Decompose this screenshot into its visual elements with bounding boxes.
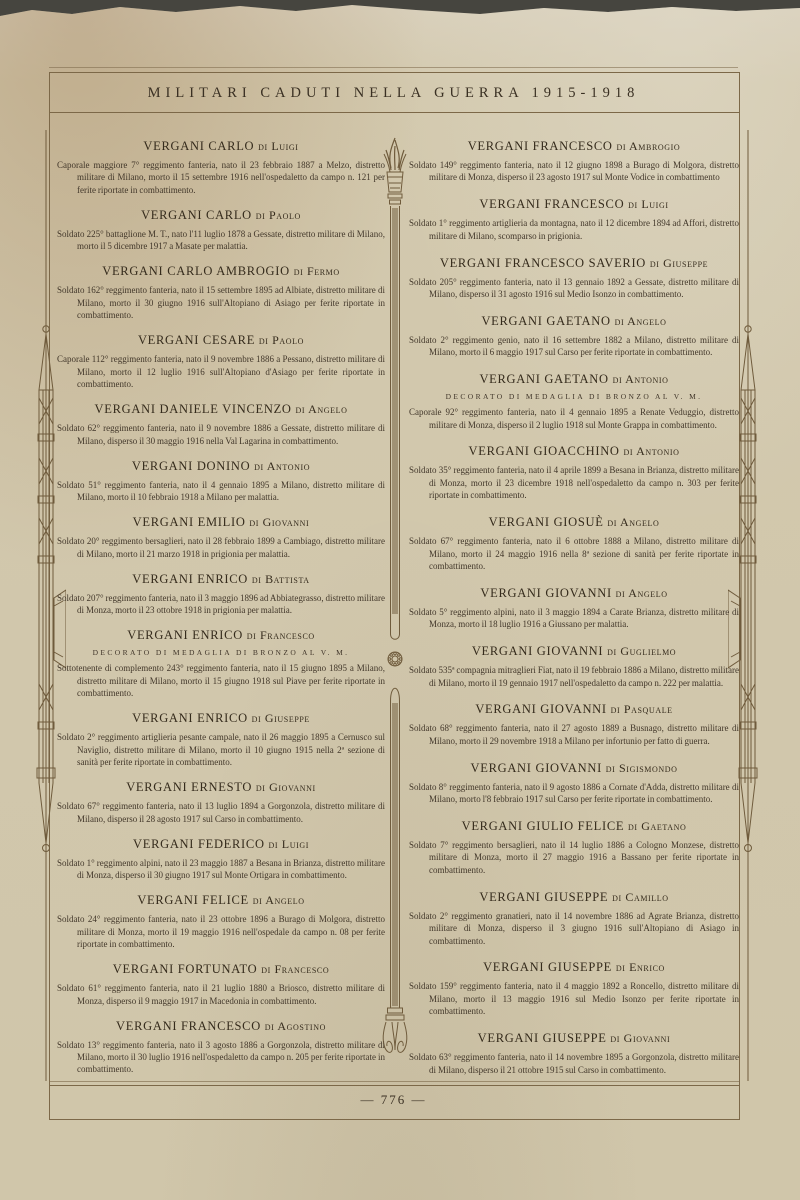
soldier-entry: VERGANI FRANCESCO di AmbrogioSoldato 149…	[409, 139, 739, 184]
soldier-entry: VERGANI CARLO AMBROGIO di FermoSoldato 1…	[57, 264, 385, 321]
soldier-entry: VERGANI FRANCESCO di AgostinoSoldato 13°…	[57, 1019, 385, 1076]
soldier-surname-forename: VERGANI CARLO	[141, 208, 256, 222]
soldier-name-heading: VERGANI CESARE di Paolo	[57, 333, 385, 348]
soldier-surname-forename: VERGANI CARLO	[143, 139, 258, 153]
soldier-name-heading: VERGANI GIUSEPPE di Giovanni	[409, 1031, 739, 1046]
patronymic-di: di	[294, 264, 307, 278]
patronymic-father-name: Luigi	[641, 197, 668, 211]
soldier-name-heading: VERGANI GIOVANNI di Guglielmo	[409, 644, 739, 659]
soldier-entry: VERGANI FELICE di AngeloSoldato 24° regg…	[57, 893, 385, 950]
soldier-entry: VERGANI DANIELE VINCENZO di AngeloSoldat…	[57, 402, 385, 447]
patronymic-di: di	[607, 515, 620, 529]
soldier-entry: VERGANI DONINO di AntonioSoldato 51° reg…	[57, 459, 385, 504]
soldier-surname-forename: VERGANI GIOSUÈ	[489, 515, 608, 529]
patronymic-father-name: Angelo	[628, 586, 667, 600]
soldier-record-text: Caporale 92° reggimento fanteria, nato i…	[409, 406, 739, 431]
patronymic-father-name: Sigismondo	[619, 761, 677, 775]
soldier-record-text: Soldato 24° reggimento fanteria, nato il…	[57, 913, 385, 950]
patronymic-di: di	[615, 314, 628, 328]
soldier-surname-forename: VERGANI GIOVANNI	[475, 702, 610, 716]
soldier-name-heading: VERGANI FRANCESCO di Ambrogio	[409, 139, 739, 154]
patronymic-father-name: Angelo	[308, 402, 347, 416]
soldier-record-text: Soldato 2° reggimento granatieri, nato i…	[409, 910, 739, 947]
soldier-name-heading: VERGANI FRANCESCO di Luigi	[409, 197, 739, 212]
patronymic-father-name: Pasquale	[624, 702, 673, 716]
patronymic-father-name: Ambrogio	[629, 139, 680, 153]
patronymic-father-name: Angelo	[265, 893, 304, 907]
soldier-record-text: Sottotenente di complemento 243° reggime…	[57, 662, 385, 699]
soldier-record-text: Soldato 207° reggimento fanteria, nato i…	[57, 592, 385, 617]
soldier-name-heading: VERGANI GIOACCHINO di Antonio	[409, 444, 739, 459]
patronymic-father-name: Paolo	[272, 333, 304, 347]
soldier-name-heading: VERGANI DONINO di Antonio	[57, 459, 385, 474]
soldier-surname-forename: VERGANI ERNESTO	[126, 780, 256, 794]
soldier-entry: VERGANI CARLO di PaoloSoldato 225° batta…	[57, 208, 385, 253]
patronymic-father-name: Angelo	[627, 314, 666, 328]
soldier-surname-forename: VERGANI FEDERICO	[133, 837, 269, 851]
patronymic-di: di	[247, 628, 260, 642]
scanned-book-page: MILITARI CADUTI NELLA GUERRA 1915-1918	[0, 0, 800, 1200]
footer-divider-rule	[50, 1085, 739, 1086]
patronymic-di: di	[623, 444, 636, 458]
patronymic-di: di	[295, 402, 308, 416]
soldier-entry: VERGANI GIOVANNI di GuglielmoSoldato 535…	[409, 644, 739, 689]
soldier-entry: VERGANI ERNESTO di GiovanniSoldato 67° r…	[57, 780, 385, 825]
soldier-name-heading: VERGANI CARLO AMBROGIO di Fermo	[57, 264, 385, 279]
soldier-surname-forename: VERGANI FRANCESCO	[116, 1019, 265, 1033]
soldier-entry: VERGANI GIOVANNI di SigismondoSoldato 8°…	[409, 761, 739, 806]
patronymic-father-name: Paolo	[269, 208, 301, 222]
soldier-surname-forename: VERGANI FRANCESCO SAVERIO	[440, 256, 650, 270]
soldier-record-text: Soldato 13° reggimento fanteria, nato il…	[57, 1039, 385, 1076]
soldier-record-text: Soldato 67° reggimento fanteria, nato il…	[57, 800, 385, 825]
soldier-entry: VERGANI FRANCESCO di LuigiSoldato 1° reg…	[409, 197, 739, 242]
soldier-surname-forename: VERGANI GIUSEPPE	[478, 1031, 611, 1045]
patronymic-di: di	[254, 459, 267, 473]
soldier-name-heading: VERGANI ENRICO di Francesco	[57, 628, 385, 643]
patronymic-di: di	[256, 780, 269, 794]
soldier-entry: VERGANI FORTUNATO di FrancescoSoldato 61…	[57, 962, 385, 1007]
patronymic-di: di	[269, 837, 282, 851]
soldier-record-text: Soldato 1° reggimento artiglieria da mon…	[409, 217, 739, 242]
patronymic-father-name: Francesco	[274, 962, 329, 976]
soldier-name-heading: VERGANI CARLO di Paolo	[57, 208, 385, 223]
soldier-name-heading: VERGANI EMILIO di Giovanni	[57, 515, 385, 530]
soldier-record-text: Soldato 225° battaglione M. T., nato l'1…	[57, 228, 385, 253]
soldier-surname-forename: VERGANI ENRICO	[132, 711, 252, 725]
patronymic-di: di	[259, 333, 272, 347]
soldier-name-heading: VERGANI GIOSUÈ di Angelo	[409, 515, 739, 530]
soldier-name-heading: VERGANI FRANCESCO di Agostino	[57, 1019, 385, 1034]
patronymic-di: di	[253, 893, 266, 907]
soldier-surname-forename: VERGANI FRANCESCO	[468, 139, 617, 153]
patronymic-father-name: Giovanni	[624, 1031, 671, 1045]
soldier-entry: VERGANI ENRICO di BattistaSoldato 207° r…	[57, 572, 385, 617]
patronymic-father-name: Antonio	[625, 372, 668, 386]
soldier-entry: VERGANI FRANCESCO SAVERIO di GiuseppeSol…	[409, 256, 739, 301]
soldier-entry: VERGANI GIUSEPPE di EnricoSoldato 159° r…	[409, 960, 739, 1017]
patronymic-father-name: Agostino	[277, 1019, 326, 1033]
soldier-name-heading: VERGANI GIULIO FELICE di Gaetano	[409, 819, 739, 834]
soldier-name-heading: VERGANI ENRICO di Battista	[57, 572, 385, 587]
page-number: — 776 —	[49, 1087, 738, 1117]
soldier-surname-forename: VERGANI DANIELE VINCENZO	[95, 402, 296, 416]
patronymic-father-name: Fermo	[307, 264, 340, 278]
soldier-surname-forename: VERGANI ENRICO	[127, 628, 247, 642]
soldier-surname-forename: VERGANI GIOACCHINO	[469, 444, 624, 458]
soldier-record-text: Soldato 8° reggimento fanteria, nato il …	[409, 781, 739, 806]
soldier-surname-forename: VERGANI CESARE	[138, 333, 259, 347]
patronymic-di: di	[628, 197, 641, 211]
soldier-surname-forename: VERGANI ENRICO	[132, 572, 252, 586]
patronymic-di: di	[265, 1019, 278, 1033]
patronymic-di: di	[258, 139, 271, 153]
soldier-record-text: Soldato 51° reggimento fanteria, nato il…	[57, 479, 385, 504]
soldier-name-heading: VERGANI FELICE di Angelo	[57, 893, 385, 908]
patronymic-father-name: Giovanni	[269, 780, 316, 794]
soldier-record-text: Soldato 535ª compagnia mitraglieri Fiat,…	[409, 664, 739, 689]
patronymic-di: di	[252, 711, 265, 725]
soldier-entry: VERGANI GIULIO FELICE di GaetanoSoldato …	[409, 819, 739, 876]
soldier-record-text: Soldato 205° reggimento fanteria, nato i…	[409, 276, 739, 301]
soldier-name-heading: VERGANI FEDERICO di Luigi	[57, 837, 385, 852]
soldier-surname-forename: VERGANI GIUSEPPE	[483, 960, 616, 974]
soldier-entry: VERGANI GAETANO di AntonioDECORATO DI ME…	[409, 372, 739, 431]
patronymic-father-name: Antonio	[636, 444, 679, 458]
soldier-entry: VERGANI GIOACCHINO di AntonioSoldato 35°…	[409, 444, 739, 501]
patronymic-di: di	[650, 256, 663, 270]
patronymic-di: di	[610, 1031, 623, 1045]
soldier-record-text: Caporale maggiore 7° reggimento fanteria…	[57, 159, 385, 196]
soldier-record-text: Soldato 67° reggimento fanteria, nato il…	[409, 535, 739, 572]
frame-outer-rule	[49, 67, 738, 68]
soldier-entry: VERGANI CARLO di LuigiCaporale maggiore …	[57, 139, 385, 196]
patronymic-father-name: Enrico	[629, 960, 665, 974]
soldier-name-heading: VERGANI ERNESTO di Giovanni	[57, 780, 385, 795]
soldier-name-heading: VERGANI GIUSEPPE di Camillo	[409, 890, 739, 905]
patronymic-di: di	[249, 515, 262, 529]
soldier-record-text: Soldato 35° reggimento fanteria, nato il…	[409, 464, 739, 501]
soldier-name-heading: VERGANI GIOVANNI di Angelo	[409, 586, 739, 601]
soldier-surname-forename: VERGANI GAETANO	[479, 372, 612, 386]
soldier-surname-forename: VERGANI DONINO	[132, 459, 254, 473]
soldier-name-heading: VERGANI GIUSEPPE di Enrico	[409, 960, 739, 975]
soldier-entry: VERGANI GIUSEPPE di GiovanniSoldato 63° …	[409, 1031, 739, 1076]
soldier-entry: VERGANI GIUSEPPE di CamilloSoldato 2° re…	[409, 890, 739, 947]
soldier-entry: VERGANI EMILIO di GiovanniSoldato 20° re…	[57, 515, 385, 560]
patronymic-father-name: Luigi	[271, 139, 298, 153]
soldier-record-text: Soldato 2° reggimento genio, nato il 16 …	[409, 334, 739, 359]
soldier-surname-forename: VERGANI GIUSEPPE	[479, 890, 612, 904]
soldier-surname-forename: VERGANI GIOVANNI	[472, 644, 607, 658]
soldier-record-text: Soldato 149° reggimento fanteria, nato i…	[409, 159, 739, 184]
soldier-entry: VERGANI ENRICO di FrancescoDECORATO DI M…	[57, 628, 385, 699]
patronymic-father-name: Battista	[265, 572, 310, 586]
page-title: MILITARI CADUTI NELLA GUERRA 1915-1918	[49, 77, 738, 111]
soldier-surname-forename: VERGANI FORTUNATO	[113, 962, 261, 976]
header-divider-rule	[50, 112, 739, 113]
patronymic-father-name: Giovanni	[263, 515, 310, 529]
soldier-name-heading: VERGANI GAETANO di Angelo	[409, 314, 739, 329]
soldier-name-heading: VERGANI GIOVANNI di Pasquale	[409, 702, 739, 717]
soldier-surname-forename: VERGANI GAETANO	[481, 314, 614, 328]
soldier-entry: VERGANI GIOVANNI di AngeloSoldato 5° reg…	[409, 586, 739, 631]
patronymic-father-name: Antonio	[267, 459, 310, 473]
left-column: VERGANI CARLO di LuigiCaporale maggiore …	[57, 139, 385, 1076]
soldier-record-text: Soldato 62° reggimento fanteria, nato il…	[57, 422, 385, 447]
soldier-name-heading: VERGANI FRANCESCO SAVERIO di Giuseppe	[409, 256, 739, 271]
footer-outer-rule	[50, 1081, 739, 1082]
soldier-name-heading: VERGANI GIOVANNI di Sigismondo	[409, 761, 739, 776]
soldier-record-text: Soldato 61° reggimento fanteria, nato il…	[57, 982, 385, 1007]
decoration-line: DECORATO DI MEDAGLIA DI BRONZO AL V. M.	[57, 648, 385, 657]
patronymic-father-name: Francesco	[260, 628, 315, 642]
soldier-surname-forename: VERGANI GIOVANNI	[480, 586, 615, 600]
patronymic-father-name: Giuseppe	[663, 256, 708, 270]
patronymic-di: di	[612, 890, 625, 904]
soldier-record-text: Soldato 20° reggimento bersaglieri, nato…	[57, 535, 385, 560]
soldier-record-text: Caporale 112° reggimento fanteria, nato …	[57, 353, 385, 390]
soldier-record-text: Soldato 2° reggimento artiglieria pesant…	[57, 731, 385, 768]
soldier-name-heading: VERGANI FORTUNATO di Francesco	[57, 962, 385, 977]
patronymic-father-name: Giuseppe	[265, 711, 310, 725]
patronymic-di: di	[616, 960, 629, 974]
soldier-entry: VERGANI ENRICO di GiuseppeSoldato 2° reg…	[57, 711, 385, 768]
soldier-record-text: Soldato 1° reggimento alpini, nato il 23…	[57, 857, 385, 882]
soldier-record-text: Soldato 7° reggimento bersaglieri, nato …	[409, 839, 739, 876]
patronymic-father-name: Camillo	[625, 890, 668, 904]
soldier-entry: VERGANI GIOVANNI di PasqualeSoldato 68° …	[409, 702, 739, 747]
patronymic-di: di	[261, 962, 274, 976]
soldier-surname-forename: VERGANI GIOVANNI	[471, 761, 606, 775]
patronymic-father-name: Luigi	[282, 837, 309, 851]
soldier-record-text: Soldato 159° reggimento fanteria, nato i…	[409, 980, 739, 1017]
patronymic-di: di	[616, 586, 629, 600]
soldier-name-heading: VERGANI GAETANO di Antonio	[409, 372, 739, 387]
soldier-record-text: Soldato 5° reggimento alpini, nato il 3 …	[409, 606, 739, 631]
soldier-surname-forename: VERGANI GIULIO FELICE	[462, 819, 628, 833]
soldier-name-heading: VERGANI DANIELE VINCENZO di Angelo	[57, 402, 385, 417]
decoration-line: DECORATO DI MEDAGLIA DI BRONZO AL V. M.	[409, 392, 739, 401]
soldier-name-heading: VERGANI ENRICO di Giuseppe	[57, 711, 385, 726]
patronymic-di: di	[613, 372, 626, 386]
patronymic-di: di	[252, 572, 265, 586]
soldier-record-text: Soldato 68° reggimento fanteria, nato il…	[409, 722, 739, 747]
soldier-name-heading: VERGANI CARLO di Luigi	[57, 139, 385, 154]
patronymic-di: di	[607, 644, 620, 658]
patronymic-di: di	[606, 761, 619, 775]
soldier-surname-forename: VERGANI FRANCESCO	[479, 197, 628, 211]
soldier-surname-forename: VERGANI EMILIO	[133, 515, 250, 529]
right-column: VERGANI FRANCESCO di AmbrogioSoldato 149…	[409, 139, 739, 1076]
soldier-surname-forename: VERGANI FELICE	[137, 893, 252, 907]
soldier-surname-forename: VERGANI CARLO AMBROGIO	[102, 264, 293, 278]
soldier-entry: VERGANI FEDERICO di LuigiSoldato 1° regg…	[57, 837, 385, 882]
patronymic-di: di	[616, 139, 629, 153]
patronymic-di: di	[256, 208, 269, 222]
patronymic-father-name: Gaetano	[641, 819, 686, 833]
patronymic-di: di	[628, 819, 641, 833]
soldier-entry: VERGANI GAETANO di AngeloSoldato 2° regg…	[409, 314, 739, 359]
patronymic-father-name: Angelo	[620, 515, 659, 529]
patronymic-father-name: Guglielmo	[620, 644, 676, 658]
soldier-entry: VERGANI CESARE di PaoloCaporale 112° reg…	[57, 333, 385, 390]
soldier-entry: VERGANI GIOSUÈ di AngeloSoldato 67° regg…	[409, 515, 739, 572]
soldier-record-text: Soldato 63° reggimento fanteria, nato il…	[409, 1051, 739, 1076]
soldier-record-text: Soldato 162° reggimento fanteria, nato i…	[57, 284, 385, 321]
patronymic-di: di	[611, 702, 624, 716]
